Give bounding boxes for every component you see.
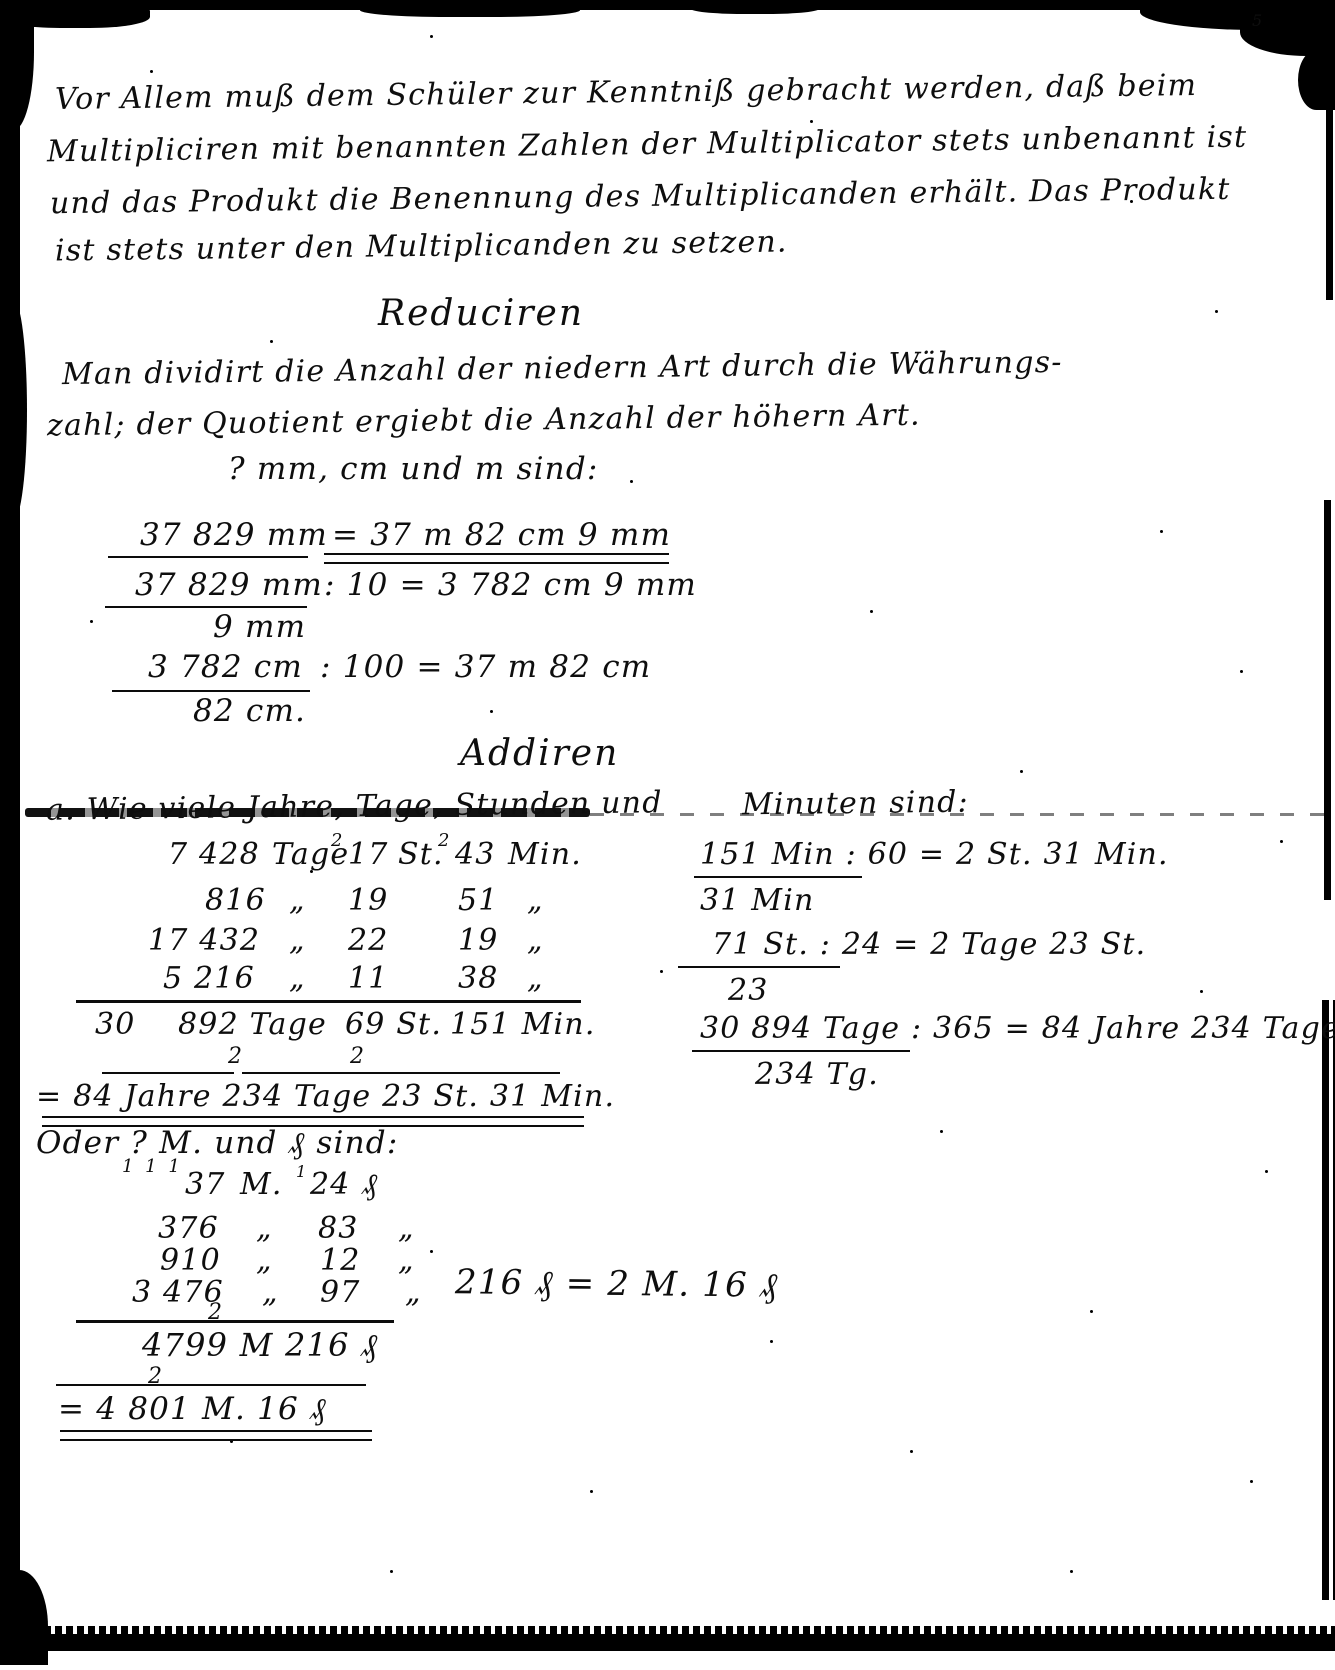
calc-line3: 9 mm — [213, 610, 306, 644]
time-row1-hours-unit: St. — [398, 838, 444, 871]
sum-line — [76, 1000, 581, 1003]
money-result: = 4 801 M. 16 ₰ — [58, 1392, 327, 1426]
side-step-1: 151 Min : 60 = 2 St. 31 Min. — [700, 838, 1169, 871]
money-row1-m-unit: M. — [240, 1168, 283, 1201]
time-row4-days: 5 216 — [163, 962, 255, 995]
reduciren-rule-line-1: Man dividirt die Anzahl der niedern Art … — [62, 346, 1063, 391]
carry-mark: 2 — [438, 830, 449, 851]
ditto-mark: „ — [527, 884, 544, 917]
money-row3-m: 910 — [160, 1244, 221, 1277]
scan-edge-top — [0, 0, 1335, 10]
ditto-mark: „ — [262, 1276, 279, 1309]
side-step-1-head: 151 Min — [700, 837, 835, 872]
money-row3-pf: 12 — [320, 1244, 361, 1277]
intro-line-4: ist stets unter den Multiplicanden zu se… — [55, 226, 788, 268]
ditto-mark: „ — [527, 924, 544, 957]
carry-mark: 1 — [296, 1162, 306, 1181]
time-row4-hours: 11 — [348, 962, 389, 995]
time-row1-days: 7 428 — [168, 838, 260, 871]
scan-edge-bottom — [0, 1634, 1335, 1651]
calc-line1-right: = 37 m 82 cm 9 mm — [332, 518, 671, 552]
time-row4-mins: 38 — [458, 962, 499, 995]
scan-speckle-right — [1326, 80, 1335, 300]
money-heading: Oder ? M. und ₰ sind: — [36, 1126, 398, 1160]
intro-line-1: Vor Allem muß dem Schüler zur Kenntniß g… — [55, 69, 1198, 116]
page-number: 5 — [1252, 12, 1263, 30]
underline — [102, 1072, 234, 1074]
section-heading-addiren: Addiren — [460, 734, 619, 774]
carry-mark: 2 — [331, 830, 342, 851]
calc-line1-left: 37 829 mm — [140, 518, 328, 552]
underline — [692, 1050, 910, 1052]
scan-speckle-right — [1322, 1000, 1335, 1600]
time-sum-a: 30 — [95, 1008, 136, 1041]
side-step-2-head: 71 St. — [712, 927, 809, 962]
ditto-mark: „ — [289, 884, 306, 917]
money-row1-m: 37 — [185, 1168, 226, 1201]
addiren-question-right: Minuten sind: — [742, 786, 969, 822]
underline — [242, 1072, 560, 1074]
time-row2-days: 816 — [205, 884, 266, 917]
time-sum-d: 151 Min. — [450, 1008, 596, 1041]
scan-noise-dots — [10, 10, 13, 13]
underline — [678, 966, 840, 968]
intro-line-3: und das Produkt die Benennung des Multip… — [50, 173, 1231, 220]
side-step-3-below: 234 Tg. — [755, 1058, 879, 1091]
time-row3-mins: 19 — [458, 924, 499, 957]
underline — [108, 556, 308, 558]
carry-mark: 2 — [228, 1044, 242, 1069]
money-row4-pf: 97 — [320, 1276, 361, 1309]
scan-blob — [360, 0, 580, 17]
ditto-mark: „ — [398, 1244, 415, 1277]
scanned-manuscript-page: 5 Vor Allem muß dem Schüler zur Kenntniß… — [0, 0, 1335, 1670]
money-row1-pf-unit: ₰ — [362, 1168, 378, 1201]
side-step-2-rest: : 24 = 2 Tage 23 St. — [809, 927, 1146, 962]
reduciren-question: ? mm, cm und m sind: — [228, 452, 599, 486]
side-step-1-rest: : 60 = 2 St. 31 Min. — [835, 837, 1169, 872]
addiren-question-left: a. Wie viele Jahre, Tage, Stunden und — [46, 786, 663, 827]
money-row2-m: 376 — [158, 1212, 219, 1245]
money-sum: 4799 M 216 ₰ — [142, 1328, 378, 1363]
calc-line5: 82 cm. — [193, 694, 306, 728]
side-step-3: 30 894 Tage : 365 = 84 Jahre 234 Tage — [700, 1012, 1335, 1045]
money-row2-pf: 83 — [318, 1212, 359, 1245]
reduciren-rule-line-2: zahl; der Quotient ergiebt die Anzahl de… — [47, 399, 921, 443]
ditto-mark: „ — [405, 1276, 422, 1309]
side-step-3-rest: : 365 = 84 Jahre 234 Tage — [900, 1011, 1335, 1046]
sum-line — [76, 1320, 394, 1323]
time-row2-hours: 19 — [348, 884, 389, 917]
carry-marks-top: 1 1 1 — [122, 1156, 183, 1177]
side-step-1-below: 31 Min — [700, 884, 815, 917]
scan-edge-bottom-rough — [0, 1626, 1335, 1634]
money-row1-pf: 24 — [310, 1168, 351, 1201]
time-row2-mins: 51 — [458, 884, 499, 917]
side-step-3-head: 30 894 Tage — [700, 1011, 900, 1046]
ditto-mark: „ — [256, 1244, 273, 1277]
underline — [105, 606, 307, 608]
scan-blob — [0, 300, 27, 520]
time-row1-hours: 17 — [348, 838, 389, 871]
time-row3-days: 17 432 — [148, 924, 260, 957]
calc-line2-right: : 10 = 3 782 cm 9 mm — [324, 568, 697, 602]
scan-edge-left — [0, 0, 20, 1660]
time-row1-mins-unit: Min. — [508, 838, 582, 871]
side-step-2: 71 St. : 24 = 2 Tage 23 St. — [712, 928, 1146, 961]
underline — [112, 690, 310, 692]
time-row3-hours: 22 — [348, 924, 389, 957]
time-sum-b: 892 Tage — [178, 1008, 327, 1041]
calc-line4-left: 3 782 cm — [148, 650, 303, 684]
ditto-mark: „ — [289, 962, 306, 995]
double-underline — [324, 553, 669, 564]
time-row1-mins: 43 — [455, 838, 496, 871]
time-result: = 84 Jahre 234 Tage 23 St. 31 Min. — [36, 1080, 615, 1113]
underline — [56, 1384, 366, 1386]
calc-line2-left: 37 829 mm — [135, 568, 323, 602]
ditto-mark: „ — [289, 924, 306, 957]
underline — [694, 876, 862, 878]
time-sum-c: 69 St. — [345, 1008, 442, 1041]
scan-blob — [690, 0, 820, 14]
double-underline — [60, 1430, 372, 1441]
calc-line4-right: : 100 = 37 m 82 cm — [320, 650, 651, 684]
money-side-conversion: 216 ₰ = 2 M. 16 ₰ — [455, 1264, 779, 1305]
ditto-mark: „ — [398, 1212, 415, 1245]
ditto-mark: „ — [256, 1212, 273, 1245]
section-heading-reduciren: Reduciren — [378, 294, 584, 334]
scan-blob — [0, 0, 34, 130]
side-step-2-below: 23 — [728, 974, 769, 1007]
ditto-mark: „ — [527, 962, 544, 995]
intro-line-2: Multipliciren mit benannten Zahlen der M… — [47, 121, 1248, 169]
scan-speckle-right — [1324, 500, 1335, 900]
carry-mark: 2 — [350, 1044, 364, 1069]
